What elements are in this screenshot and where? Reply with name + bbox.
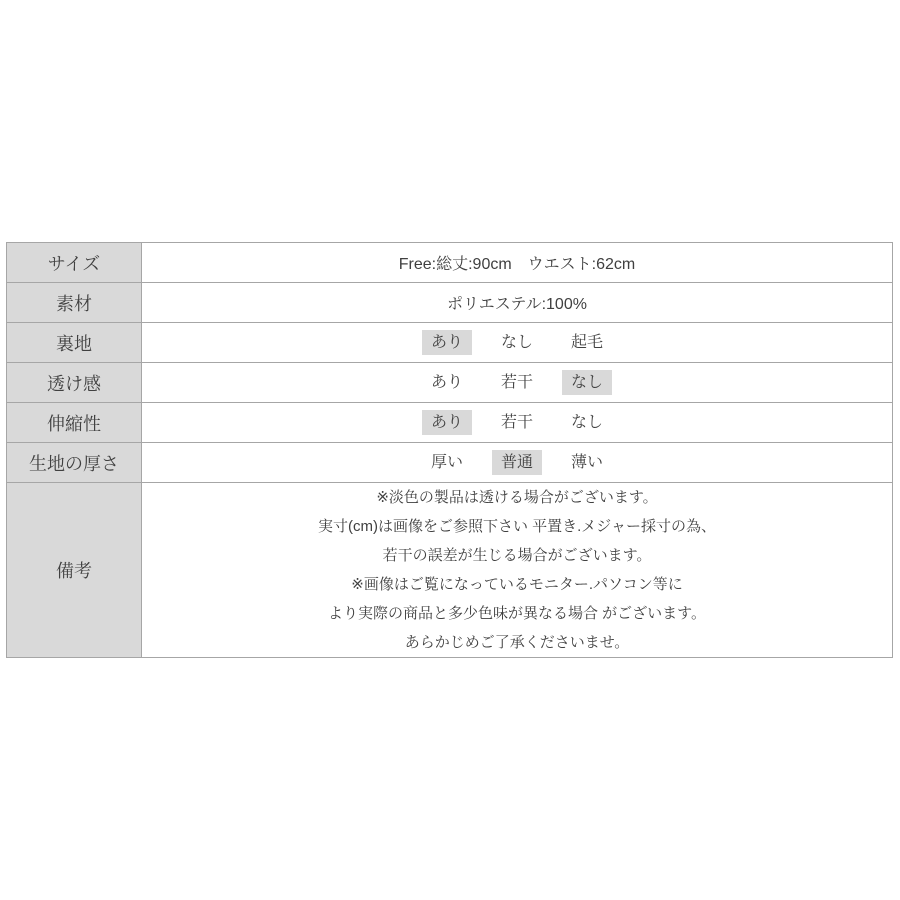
note-line: 実寸(cm)は画像をご参照下さい 平置き.メジャー採寸の為、 [142,512,892,541]
row-label-thickness: 生地の厚さ [7,443,142,483]
option-lining-ari: あり [422,330,472,355]
row-value-material: ポリエステル:100% [142,283,893,323]
row-value-notes: ※淡色の製品は透ける場合がございます。 実寸(cm)は画像をご参照下さい 平置き… [142,483,893,658]
option-thickness-usui: 薄い [562,450,612,475]
spec-row-lining: 裏地 ありなし起毛 [7,323,893,363]
option-lining-nashi: なし [492,330,542,355]
spec-row-notes: 備考 ※淡色の製品は透ける場合がございます。 実寸(cm)は画像をご参照下さい … [7,483,893,658]
row-value-lining: ありなし起毛 [142,323,893,363]
row-value-thickness: 厚い普通薄い [142,443,893,483]
spec-row-material: 素材 ポリエステル:100% [7,283,893,323]
note-line: 若干の誤差が生じる場合がございます。 [142,541,892,570]
note-line: より実際の商品と多少色味が異なる場合 がございます。 [142,599,892,628]
note-line: ※画像はご覧になっているモニター.パソコン等に [142,570,892,599]
spec-row-size: サイズ Free:総丈:90cm ウエスト:62cm [7,243,893,283]
product-spec-table: サイズ Free:総丈:90cm ウエスト:62cm 素材 ポリエステル:100… [6,242,893,658]
option-stretch-nashi: なし [562,410,612,435]
spec-row-sheerness: 透け感 あり若干なし [7,363,893,403]
spec-row-stretch: 伸縮性 あり若干なし [7,403,893,443]
page: サイズ Free:総丈:90cm ウエスト:62cm 素材 ポリエステル:100… [0,0,900,900]
option-stretch-ari: あり [422,410,472,435]
row-label-size: サイズ [7,243,142,283]
option-sheerness-jakkan: 若干 [492,370,542,395]
option-thickness-futsuu: 普通 [492,450,542,475]
row-label-sheerness: 透け感 [7,363,142,403]
option-thickness-atsui: 厚い [422,450,472,475]
row-value-stretch: あり若干なし [142,403,893,443]
option-stretch-jakkan: 若干 [492,410,542,435]
note-line: ※淡色の製品は透ける場合がございます。 [142,483,892,512]
row-label-lining: 裏地 [7,323,142,363]
option-lining-kimo: 起毛 [562,330,612,355]
row-label-notes: 備考 [7,483,142,658]
spec-row-thickness: 生地の厚さ 厚い普通薄い [7,443,893,483]
note-line: あらかじめご了承くださいませ。 [142,628,892,657]
option-sheerness-nashi: なし [562,370,612,395]
option-sheerness-ari: あり [422,370,472,395]
row-value-sheerness: あり若干なし [142,363,893,403]
row-value-size: Free:総丈:90cm ウエスト:62cm [142,243,893,283]
row-label-material: 素材 [7,283,142,323]
row-label-stretch: 伸縮性 [7,403,142,443]
